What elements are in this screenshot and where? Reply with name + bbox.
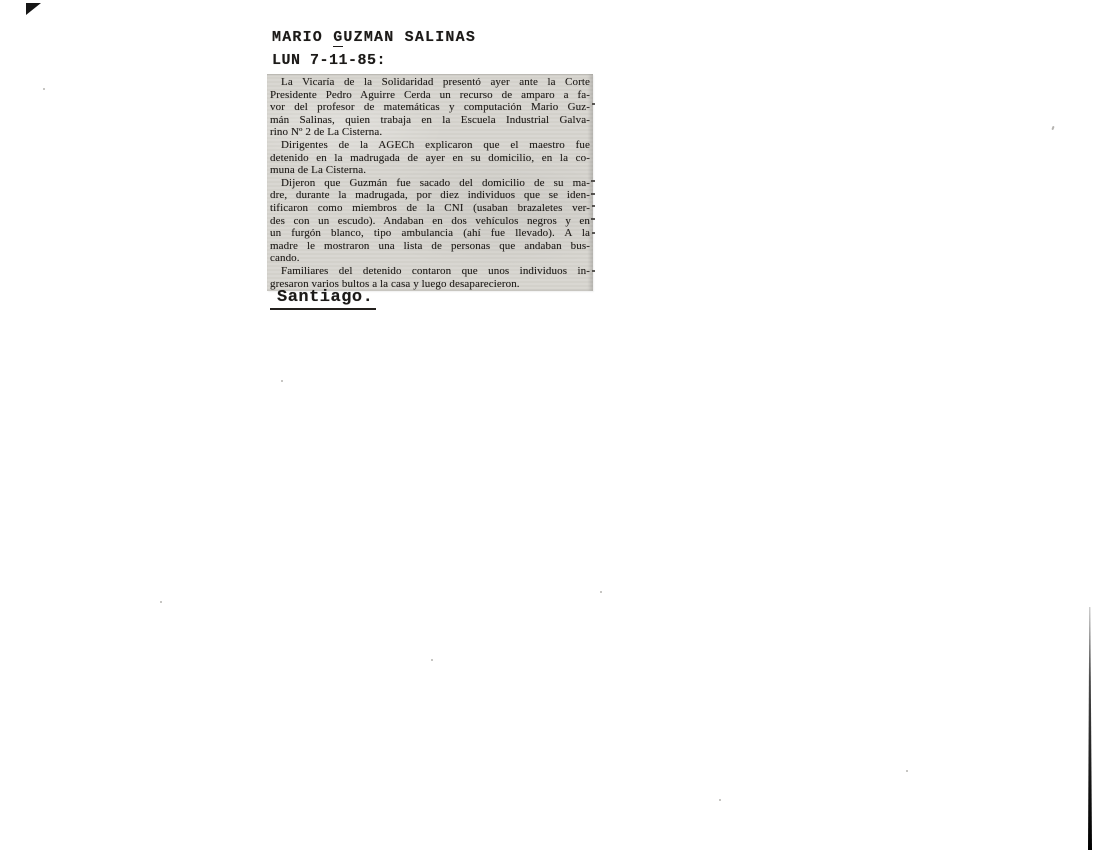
article-line: tificaron como miembros de la CNI (usaba…	[270, 202, 590, 215]
typed-name-prefix: MARIO	[272, 29, 333, 46]
article-line: un furgón blanco, tipo ambulancia (ahí f…	[270, 227, 590, 240]
article-line: madre le mostraron una lista de personas…	[270, 240, 590, 253]
article-line: detenido en la madrugada de ayer en su d…	[270, 152, 590, 165]
article-line: Dirigentes de la AGECh explicaron que el…	[270, 139, 590, 152]
scan-artifact-tick	[592, 205, 595, 207]
scan-artifact-tick	[592, 270, 595, 272]
typed-name-suffix: UZMAN SALINAS	[343, 29, 476, 46]
typed-name-underlined-letter: G	[333, 30, 343, 47]
article-line: La Vicaría de la Solidaridad presentó ay…	[270, 76, 590, 89]
article-paragraph: La Vicaría de la Solidaridad presentó ay…	[270, 76, 590, 139]
typed-date-line: LUN 7-11-85:	[272, 52, 386, 69]
scan-artifact-tick	[592, 232, 595, 234]
article-line: cando.	[270, 252, 590, 265]
article-line: Presidente Pedro Aguirre Cerda un recurs…	[270, 89, 590, 102]
scan-speck	[160, 601, 162, 603]
typed-signature: Santiago.	[270, 288, 376, 310]
typed-name-heading: MARIO GUZMAN SALINAS	[272, 29, 476, 47]
scan-artifact-tick	[592, 103, 595, 105]
article-paragraph: Dijeron que Guzmán fue sacado del domici…	[270, 177, 590, 265]
scan-artifact-edge-line	[1088, 607, 1092, 850]
scan-artifact-tick	[591, 180, 595, 182]
newspaper-clipping: La Vicaría de la Solidaridad presentó ay…	[267, 74, 593, 291]
scan-speck	[600, 591, 602, 593]
article-paragraph: Familiares del detenido contaron que uno…	[270, 265, 590, 290]
scan-speck	[906, 770, 908, 772]
scan-artifact-tick	[591, 218, 595, 220]
scan-artifact-corner-triangle	[26, 3, 41, 15]
article-line: vor del profesor de matemáticas y comput…	[270, 101, 590, 114]
article-paragraph: Dirigentes de la AGECh explicaron que el…	[270, 139, 590, 177]
article-body: La Vicaría de la Solidaridad presentó ay…	[270, 76, 590, 290]
article-line: Dijeron que Guzmán fue sacado del domici…	[270, 177, 590, 190]
scan-artifact-tick	[591, 193, 595, 195]
scanned-document-page: { "colors": { "paper": "#ffffff", "newsp…	[0, 0, 1100, 850]
article-line: dre, durante la madrugada, por diez indi…	[270, 189, 590, 202]
article-line: muna de La Cisterna.	[270, 164, 590, 177]
scan-speck	[1051, 126, 1054, 130]
article-line: des con un escudo). Andaban en dos vehíc…	[270, 215, 590, 228]
scan-speck	[431, 659, 433, 661]
article-line: Familiares del detenido contaron que uno…	[270, 265, 590, 278]
scan-speck	[719, 799, 721, 801]
scan-speck	[281, 380, 283, 382]
article-line: mán Salinas, quien trabaja en la Escuela…	[270, 114, 590, 127]
scan-speck	[43, 88, 45, 90]
article-line: rino Nº 2 de La Cisterna.	[270, 126, 590, 139]
